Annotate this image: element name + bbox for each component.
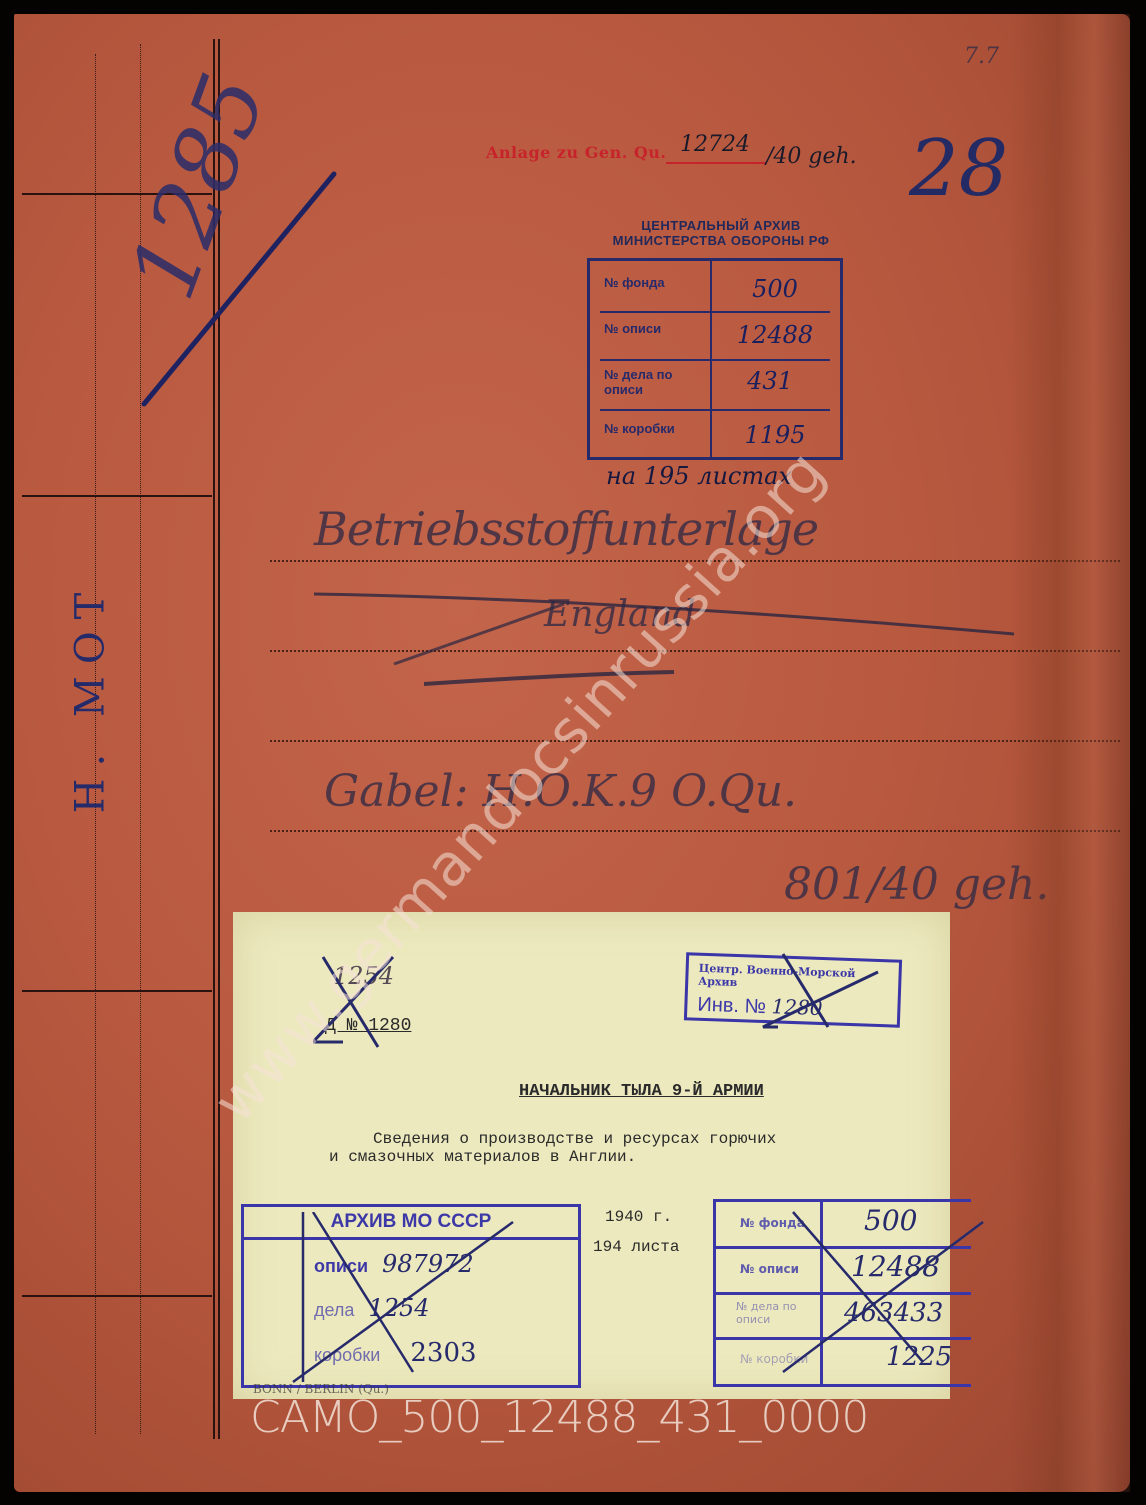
archive-row-fond: № фонда 500 xyxy=(590,275,840,303)
archive-stamp-row-divider xyxy=(600,311,830,313)
archive-row-label: № коробки xyxy=(590,421,710,449)
archive-row-label: № фонда xyxy=(590,275,710,303)
left-hrule-2 xyxy=(22,495,212,497)
archive-row-label: № дела по описи xyxy=(590,367,700,397)
archive-row-value: 12488 xyxy=(710,321,840,349)
archive-row-value: 500 xyxy=(710,275,840,303)
archive-row-value: 1195 xyxy=(710,421,840,449)
footer-file-id: CAMO_500_12488_431_0000 xyxy=(250,1392,868,1443)
corner-number: 28 xyxy=(909,124,1008,214)
archive-stamp-row-divider xyxy=(600,359,830,361)
archive-row-label: № описи xyxy=(590,321,710,349)
right-stamp-cross-icon xyxy=(773,1202,993,1382)
archive-row-delo: № дела по описи 431 xyxy=(590,367,840,397)
archive-stamp-title: ЦЕНТРАЛЬНЫЙ АРХИВ МИНИСТЕРСТВА ОБОРОНЫ Р… xyxy=(586,218,856,248)
card-description-line2: и смазочных материалов в Англии. xyxy=(329,1148,636,1166)
ussr-stamp-cross-icon xyxy=(273,1212,553,1387)
header-suffix: /40 geh. xyxy=(766,144,857,169)
header-underline xyxy=(666,162,766,164)
card-description-line1: Сведения о производстве и ресурсах горюч… xyxy=(373,1130,776,1148)
title-rule-4 xyxy=(270,830,1120,832)
archive-row-box: № коробки 1195 xyxy=(590,421,840,449)
header-handwritten-number: 12724 xyxy=(680,132,750,157)
title-rule-3 xyxy=(270,740,1120,742)
corner-pencil-mark: 7.7 xyxy=(964,44,999,69)
archive-stamp-title-line1: ЦЕНТРАЛЬНЫЙ АРХИВ xyxy=(586,218,856,233)
left-hrule-4 xyxy=(22,1295,212,1297)
card-sheets: 194 листа xyxy=(593,1238,679,1256)
navy-stamp-cross-icon xyxy=(753,952,883,1032)
left-hrule-3 xyxy=(22,990,212,992)
header-printed-label: Anlage zu Gen. Qu. xyxy=(486,143,666,162)
title-line-4: 801/40 geh. xyxy=(784,859,1049,910)
margin-slash-mark xyxy=(134,164,344,414)
archive-stamp-row-divider xyxy=(600,409,830,411)
archive-stamp-box: № фонда 500 № описи 12488 № дела по опис… xyxy=(587,258,843,460)
card-heading: НАЧАЛЬНИК ТЫЛА 9-Й АРМИИ xyxy=(519,1082,764,1101)
archive-row-opis: № описи 12488 xyxy=(590,321,840,349)
archive-stamp-title-line2: МИНИСТЕРСТВА ОБОРОНЫ РФ xyxy=(586,233,856,248)
margin-vertical-note: H. MOT xyxy=(67,581,113,814)
card-year: 1940 г. xyxy=(605,1208,672,1226)
archive-row-value: 431 xyxy=(700,367,840,397)
